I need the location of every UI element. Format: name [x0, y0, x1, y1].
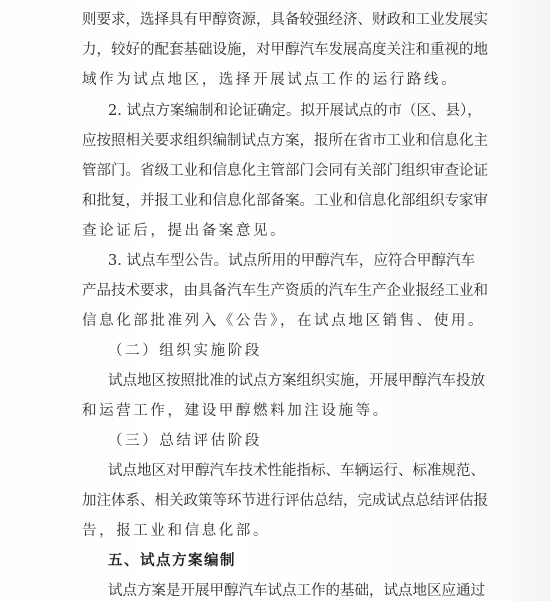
subsection-heading-2: （二）组织实施阶段	[108, 336, 475, 366]
section-heading-5: 五、试点方案编制	[108, 546, 475, 576]
paragraph-line-item-2: 2. 试点方案编制和论证确定。拟开展试点的市（区、县），	[108, 96, 475, 126]
paragraph-line: 管部门。省级工业和信息化主管部门会同有关部门组织审查论证	[82, 156, 475, 186]
paragraph-line: 查论证后，提出备案意见。	[82, 216, 475, 246]
paragraph-line: 力，较好的配套基础设施，对甲醇汽车发展高度关注和重视的地	[82, 35, 475, 65]
paragraph-line: 告，报工业和信息化部。	[82, 516, 475, 546]
paragraph-line: 和批复，并报工业和信息化部备案。工业和信息化部组织专家审	[82, 186, 475, 216]
paragraph-line-item-3: 3. 试点车型公告。试点所用的甲醇汽车，应符合甲醇汽车	[108, 246, 475, 276]
paragraph-line: 应按照相关要求组织编制试点方案，报所在省市工业和信息化主	[82, 126, 475, 156]
paragraph-line: 域作为试点地区，选择开展试点工作的运行路线。	[82, 65, 475, 95]
document-page: 则要求，选择具有甲醇资源，具备较强经济、财政和工业发展实 力，较好的配套基础设施…	[0, 0, 550, 601]
paragraph-line: 则要求，选择具有甲醇资源，具备较强经济、财政和工业发展实	[82, 5, 475, 35]
paragraph-line: 信息化部批准列入《公告》，在试点地区销售、使用。	[82, 306, 475, 336]
paragraph-line: 加注体系、相关政策等环节进行评估总结，完成试点总结评估报	[82, 486, 475, 516]
subsection-heading-3: （三）总结评估阶段	[108, 426, 475, 456]
paragraph-line: 试点方案是开展甲醇汽车试点工作的基础，试点地区应通过	[108, 576, 475, 601]
paragraph-line: 产品技术要求，由具备汽车生产资质的汽车生产企业报经工业和	[82, 276, 475, 306]
paragraph-line: 和运营工作，建设甲醇燃料加注设施等。	[82, 396, 475, 426]
paragraph-line: 试点地区对甲醇汽车技术性能指标、车辆运行、标准规范、	[108, 456, 475, 486]
paragraph-line: 试点地区按照批准的试点方案组织实施，开展甲醇汽车投放	[108, 366, 475, 396]
